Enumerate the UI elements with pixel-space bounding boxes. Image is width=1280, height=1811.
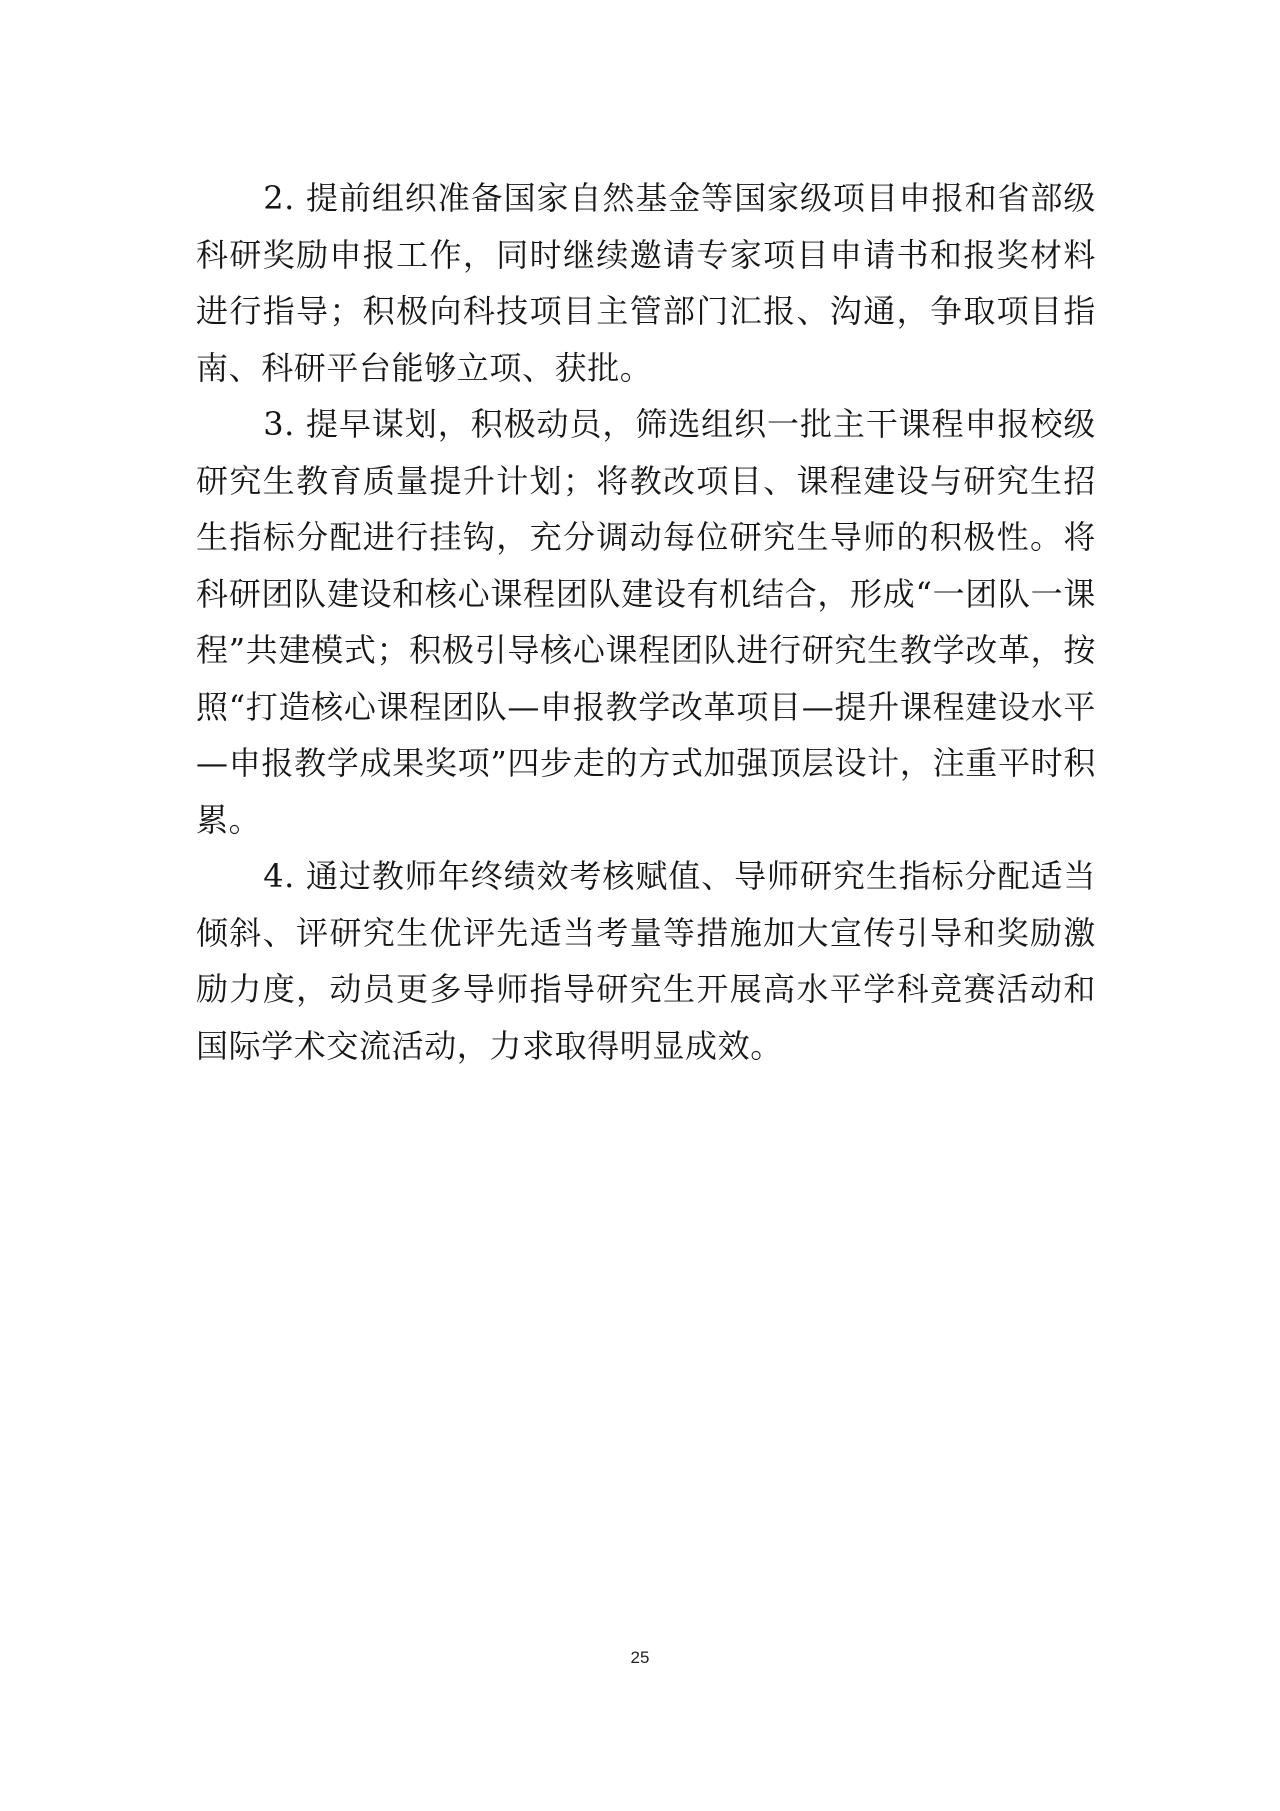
- paragraph-item-2: 2. 提前组织准备国家自然基金等国家级项目申报和省部级科研奖励申报工作，同时继续…: [196, 170, 1096, 396]
- page-number: 25: [0, 1648, 1280, 1668]
- paragraph-item-4: 4. 通过教师年终绩效考核赋值、导师研究生指标分配适当倾斜、评研究生优评先适当考…: [196, 848, 1096, 1074]
- paragraph-item-3: 3. 提早谋划，积极动员，筛选组织一批主干课程申报校级研究生教育质量提升计划；将…: [196, 396, 1096, 848]
- body-text: 2. 提前组织准备国家自然基金等国家级项目申报和省部级科研奖励申报工作，同时继续…: [196, 170, 1096, 1074]
- document-page: 2. 提前组织准备国家自然基金等国家级项目申报和省部级科研奖励申报工作，同时继续…: [0, 0, 1280, 1811]
